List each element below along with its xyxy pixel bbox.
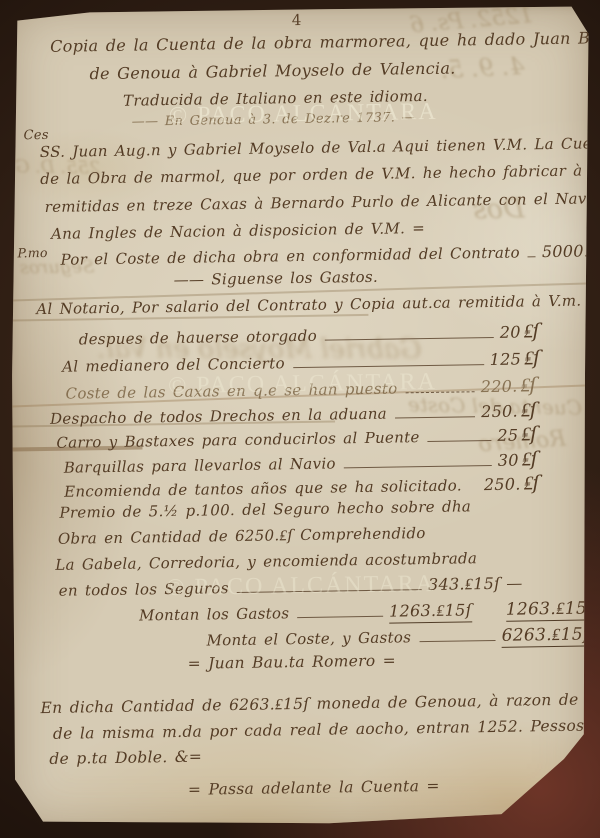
- margin-note-primo: P.mo: [17, 245, 48, 260]
- row-label: Por el Coste de dicha obra en conformida…: [60, 244, 520, 269]
- footer-line: de la misma m.da por cada real de aocho,…: [53, 715, 600, 743]
- libra-symbol: ₤ſ: [520, 373, 535, 397]
- row-amount: 5000.: [542, 241, 590, 261]
- manuscript-paper: 1252. Ps. 6 4. 9. 5. 255. D. G. Dos Gabr…: [8, 5, 592, 829]
- account-row-contrato: Por el Coste de dicha obra en conformida…: [60, 239, 579, 271]
- row-amount: 25: [497, 426, 518, 445]
- dash-leader: [395, 416, 475, 418]
- row-amount: 250.: [484, 475, 521, 495]
- heading-line-1: Copia de la Cuenta de la obra marmorea, …: [50, 29, 550, 56]
- totals-gastos-row: Montan los Gastos 1263.₤15ſ 1263.₤15: [139, 599, 587, 628]
- totals-amount: 1263.₤15ſ: [389, 600, 472, 623]
- manuscript-content: 1252. Ps. 6 4. 9. 5. 255. D. G. Dos Gabr…: [2, 0, 599, 833]
- footer-line: de p.ta Doble. &=: [49, 748, 202, 768]
- row-suffix-dash: —: [506, 574, 523, 593]
- libra-symbol: ₤ſ: [521, 422, 536, 446]
- totals-label: Monta el Coste, y Gastos: [206, 628, 411, 649]
- intro-line: SS. Juan Aug.n y Gabriel Moyselo de Val.…: [40, 131, 600, 161]
- dash-leader: [293, 364, 484, 368]
- gastos-row: La Gabela, Corredoria, y encomienda acos…: [55, 549, 477, 574]
- row-amount: 250.: [481, 402, 518, 422]
- libra-symbol: ₤ſ: [522, 447, 537, 471]
- row-label: despues de hauerse otorgado: [79, 327, 317, 349]
- libra-symbol: ₤ſ: [521, 398, 536, 422]
- watermark-paco-alcantara: © PACO ALCÁNTARA: [133, 98, 473, 130]
- intro-line: Ana Ingles de Nacion à disposicion de V.…: [51, 219, 425, 243]
- dash-leader: [419, 640, 496, 642]
- intro-line: de la Obra de marmol, que por orden de V…: [40, 159, 600, 188]
- row-amount: 20: [500, 323, 521, 342]
- dash-leader: [297, 616, 383, 618]
- totals-total-row: Monta el Coste, y Gastos 6263.₤15ſ: [206, 624, 589, 652]
- gastos-row: despues de hauerse otorgado 20 ₤ſ: [79, 319, 539, 350]
- margin-note-ces: Ces: [23, 128, 48, 143]
- grand-total-amount: 6263.₤15ſ: [502, 624, 590, 647]
- libra-symbol: ₤ſ: [524, 346, 539, 370]
- row-label: Encomienda de tantos años que se ha soli…: [64, 476, 462, 500]
- dash-leader: [325, 337, 494, 341]
- gastos-row: Obra en Cantidad de 6250.₤ſ Comprehendid…: [58, 524, 426, 549]
- totals-amount-right-column: 1263.₤15: [506, 599, 588, 622]
- totals-label: Montan los Gastos: [139, 604, 289, 624]
- dash-leader: [344, 465, 492, 468]
- row-label: Carro y Bastaxes para conducirlos al Pue…: [56, 428, 420, 452]
- dash-leader: [428, 440, 492, 442]
- watermark-paco-alcantara: © PACO ALCÁNTARA: [115, 570, 485, 603]
- photo-background: 1252. Ps. 6 4. 9. 5. 255. D. G. Dos Gabr…: [0, 0, 600, 838]
- top-cross-mark: 4: [292, 11, 302, 29]
- row-label: Barquillas para llevarlos al Navio: [64, 454, 336, 476]
- libra-symbol: ₤ſ: [523, 471, 538, 495]
- libra-symbol: ₤ſ: [524, 319, 539, 343]
- footer-closing: = Passa adelante la Cuenta =: [164, 776, 464, 799]
- row-amount: 30: [498, 451, 519, 470]
- libra-symbol: ₤ſ: [592, 238, 600, 262]
- row-amount: 125: [490, 350, 522, 369]
- signature-juan-romero: = Juan Bau.ta Romero =: [152, 651, 432, 673]
- footer-line: En dicha Cantidad de 6263.₤15ſ moneda de…: [40, 689, 600, 718]
- dash-leader: [528, 256, 536, 257]
